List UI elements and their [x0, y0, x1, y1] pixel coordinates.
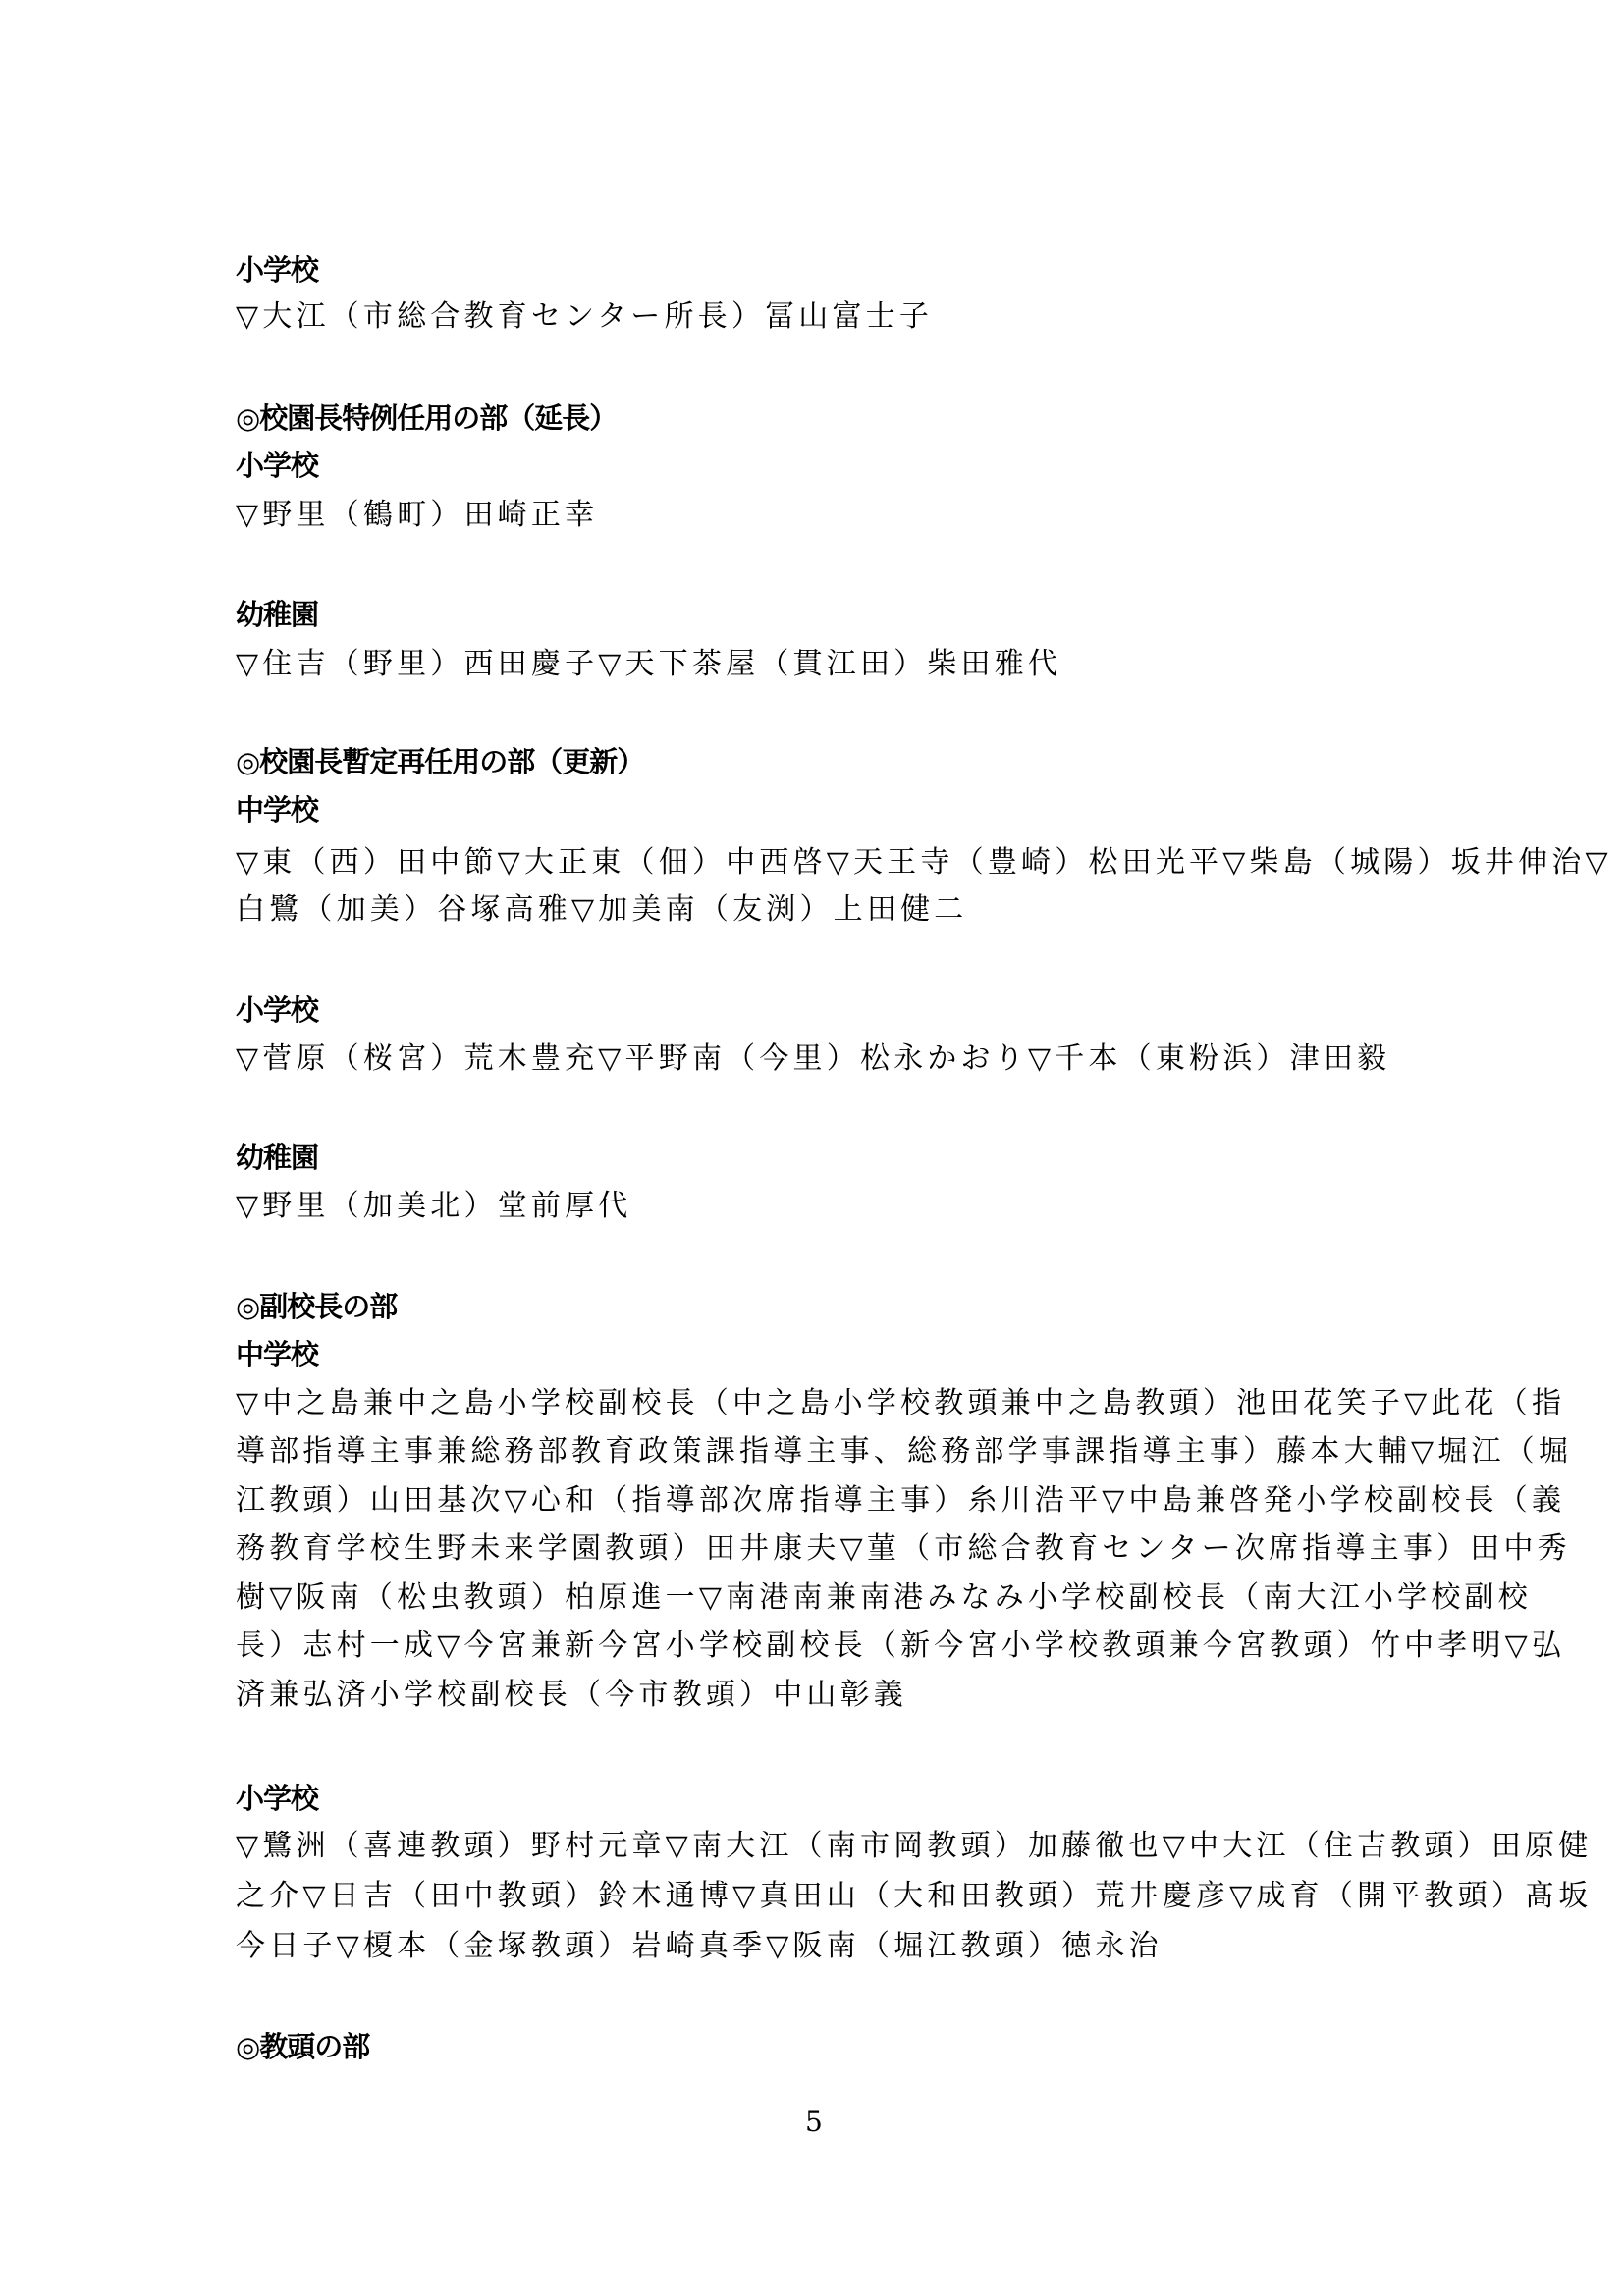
- subheading-elementary-school: 小学校: [236, 253, 318, 287]
- subheading-elementary-school: 小学校: [236, 1782, 318, 1815]
- section-heading-vice-principal: ◎副校長の部: [236, 1290, 397, 1323]
- subheading-elementary-school: 小学校: [236, 449, 318, 482]
- appointment-line: ▽東（西）田中節▽大正東（佃）中西啓▽天王寺（豊崎）松田光平▽柴島（城陽）坂井伸…: [236, 845, 1612, 881]
- document-page: 小学校 ▽大江（市総合教育センター所長）冨山富士子 ◎校園長特例任用の部（延長）…: [0, 0, 1624, 2296]
- section-heading-head-teacher: ◎教頭の部: [236, 2030, 369, 2063]
- appointment-line: 白鷺（加美）谷塚高雅▽加美南（友渕）上田健二: [236, 892, 967, 928]
- appointment-line: 江教頭）山田基次▽心和（指導部次席指導主事）糸川浩平▽中島兼啓発小学校副校長（義: [236, 1483, 1565, 1519]
- page-number: 5: [805, 2106, 823, 2138]
- appointment-line: ▽野里（鶴町）田崎正幸: [236, 498, 598, 533]
- subheading-junior-high-school: 中学校: [236, 793, 318, 827]
- section-heading-provisional-reappointment: ◎校園長暫定再任用の部（更新）: [236, 745, 644, 778]
- subheading-kindergarten: 幼稚園: [236, 598, 318, 631]
- appointment-line: 務教育学校生野未来学園教頭）田井康夫▽菫（市総合教育センター次席指導主事）田中秀: [236, 1531, 1571, 1567]
- subheading-junior-high-school: 中学校: [236, 1338, 318, 1371]
- appointment-line: ▽野里（加美北）堂前厚代: [236, 1189, 631, 1224]
- appointment-line: 樹▽阪南（松虫教頭）柏原進一▽南港南兼南港みなみ小学校副校長（南大江小学校副校: [236, 1580, 1532, 1616]
- appointment-line: 導部指導主事兼総務部教育政策課指導主事、総務部学事課指導主事）藤本大輔▽堀江（堀: [236, 1434, 1572, 1469]
- appointment-line: ▽菅原（桜宮）荒木豊充▽平野南（今里）松永かおり▽千本（東粉浜）津田毅: [236, 1041, 1390, 1077]
- appointment-line: 済兼弘済小学校副校長（今市教頭）中山彰義: [236, 1678, 907, 1713]
- appointment-line: ▽住吉（野里）西田慶子▽天下茶屋（貫江田）柴田雅代: [236, 647, 1061, 682]
- section-heading-special-appointment: ◎校園長特例任用の部（延長）: [236, 401, 617, 435]
- appointment-line: ▽大江（市総合教育センター所長）冨山富士子: [236, 299, 933, 335]
- appointment-line: 今日子▽榎本（金塚教頭）岩崎真季▽阪南（堀江教頭）徳永治: [236, 1929, 1163, 1964]
- appointment-line: 長）志村一成▽今宮兼新今宮小学校副校長（新今宮小学校教頭兼今宮教頭）竹中孝明▽弘: [236, 1629, 1565, 1664]
- appointment-line: ▽中之島兼中之島小学校副校長（中之島小学校教頭兼中之島教頭）池田花笑子▽此花（指: [236, 1386, 1565, 1421]
- subheading-kindergarten: 幼稚園: [236, 1141, 318, 1174]
- appointment-line: ▽鷺洲（喜連教頭）野村元章▽南大江（南市岡教頭）加藤徹也▽中大江（住吉教頭）田原…: [236, 1829, 1592, 1864]
- appointment-line: 之介▽日吉（田中教頭）鈴木通博▽真田山（大和田教頭）荒井慶彦▽成育（開平教頭）髙…: [236, 1879, 1592, 1914]
- subheading-elementary-school: 小学校: [236, 993, 318, 1027]
